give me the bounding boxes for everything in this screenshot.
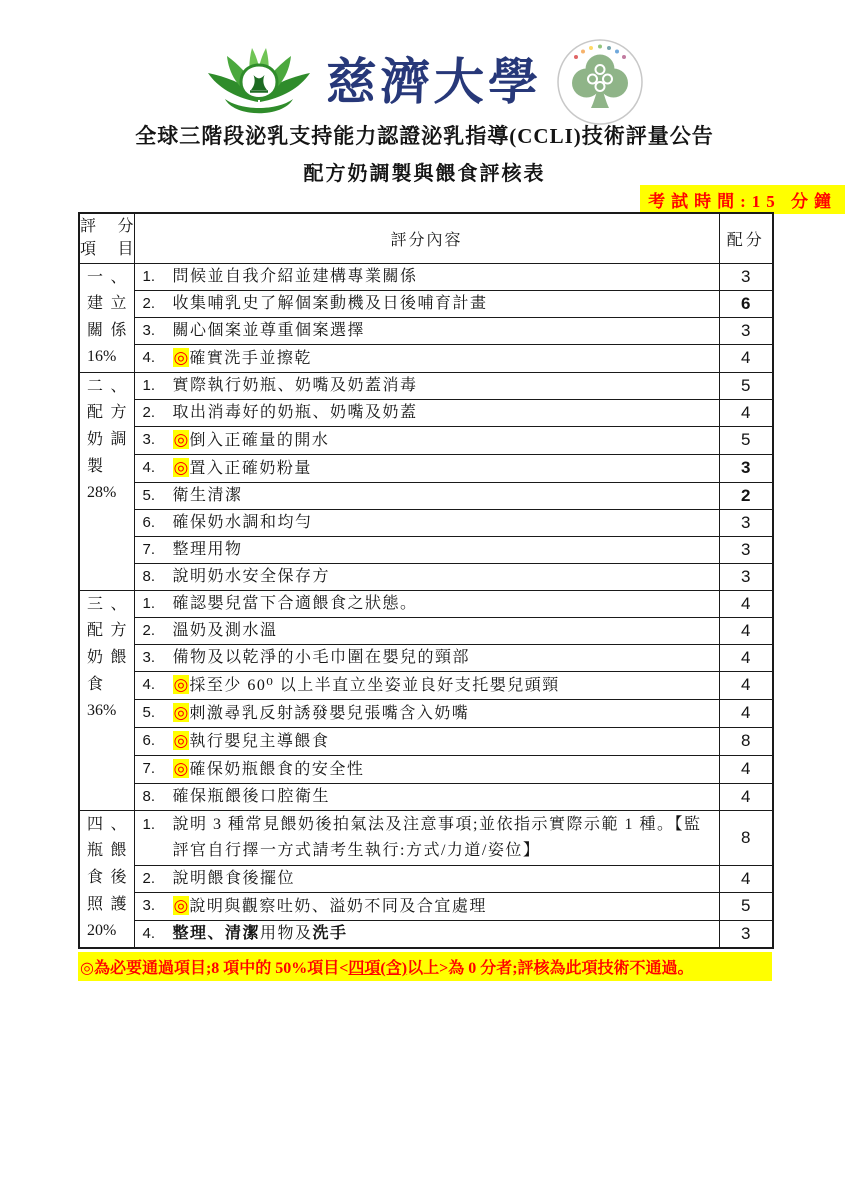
item-text: 實際執行奶瓶、奶嘴及奶蓋消毒 (173, 377, 418, 394)
table-row: 3. 關心個案並尊重個案選擇 3 (79, 317, 773, 344)
item-cell: 3. ◎說明與觀察吐奶、溢奶不同及合宜處理 (134, 892, 719, 920)
table-row: 3. 備物及以乾淨的小毛巾圍在嬰兒的頸部 4 (79, 644, 773, 671)
item-number: 1. (143, 373, 173, 399)
item-number: 6. (143, 728, 173, 754)
table-row: 二、 配方 奶調 製 28% 1. 實際執行奶瓶、奶嘴及奶蓋消毒 5 (79, 372, 773, 399)
table-row: 8. 說明奶水安全保存方 3 (79, 563, 773, 590)
table-row: 4. ◎採至少 60⁰ 以上半直立坐姿並良好支托嬰兒頭頸 4 (79, 671, 773, 699)
item-number: 8. (143, 564, 173, 590)
university-wordmark: 慈濟大學 (325, 57, 543, 107)
item-score: 5 (719, 426, 773, 454)
item-cell: 2. 收集哺乳史了解個案動機及日後哺育計畫 (134, 290, 719, 317)
item-number: 3. (143, 645, 173, 671)
item-score: 4 (719, 399, 773, 426)
item-cell: 5. ◎刺激尋乳反射誘發嬰兒張嘴含入奶嘴 (134, 699, 719, 727)
table-header-row: 評分 項目 評分內容 配分 (79, 213, 773, 263)
item-score: 4 (719, 344, 773, 372)
item-text: 確保奶瓶餵食的安全性 (189, 761, 364, 778)
item-cell: 5. 衛生清潔 (134, 482, 719, 509)
item-number: 1. (143, 591, 173, 617)
item-score: 4 (719, 755, 773, 783)
item-number: 5. (143, 700, 173, 726)
item-text: 說明餵食後擺位 (173, 870, 296, 887)
table-row: 2. 收集哺乳史了解個案動機及日後哺育計畫 6 (79, 290, 773, 317)
score-table: 評分 項目 評分內容 配分 一、 建立 關係 16% (78, 212, 774, 949)
item-score: 3 (719, 317, 773, 344)
footnote-text: ◎為必要通過項目;8 項中的 50%項目< (80, 960, 348, 977)
section-3-label: 三、 配方 奶餵 食 36% (79, 590, 134, 810)
item-number: 1. (143, 812, 173, 838)
item-number: 2. (143, 400, 173, 426)
item-cell: 4. ◎採至少 60⁰ 以上半直立坐姿並良好支托嬰兒頭頸 (134, 671, 719, 699)
table-row: 6. 確保奶水調和均勻 3 (79, 509, 773, 536)
item-text: 備物及以乾淨的小毛巾圍在嬰兒的頸部 (173, 649, 471, 666)
item-text: 確保瓶餵後口腔衛生 (173, 788, 331, 805)
item-cell: 6. ◎執行嬰兒主導餵食 (134, 727, 719, 755)
document-header: 慈濟大學 (0, 38, 849, 126)
item-cell: 1. 說明 3 種常見餵奶後拍氣法及注意事項;並依指示實際示範 1 種。【監評官… (134, 810, 719, 865)
item-score: 4 (719, 865, 773, 892)
item-score: 5 (719, 892, 773, 920)
required-marker-icon: ◎ (173, 458, 190, 477)
item-text: 說明與觀察吐奶、溢奶不同及合宜處理 (189, 898, 487, 915)
table-row: 4. ◎確實洗手並擦乾 4 (79, 344, 773, 372)
item-score: 4 (719, 699, 773, 727)
item-score: 4 (719, 783, 773, 810)
item-cell: 2. 取出消毒好的奶瓶、奶嘴及奶蓋 (134, 399, 719, 426)
item-cell: 2. 說明餵食後擺位 (134, 865, 719, 892)
item-score: 3 (719, 509, 773, 536)
required-marker-icon: ◎ (173, 896, 190, 915)
footnote: ◎為必要通過項目;8 項中的 50%項目<四項(含)以上>為 0 分者;評核為此… (78, 952, 772, 981)
item-text: 取出消毒好的奶瓶、奶嘴及奶蓋 (173, 404, 418, 421)
item-text-bold: 整理、清潔 (173, 925, 261, 942)
item-score: 8 (719, 810, 773, 865)
item-text: 關心個案並尊重個案選擇 (173, 322, 366, 339)
table-row: 5. ◎刺激尋乳反射誘發嬰兒張嘴含入奶嘴 4 (79, 699, 773, 727)
item-cell: 2. 溫奶及測水溫 (134, 617, 719, 644)
score-table-wrap: 評分 項目 評分內容 配分 一、 建立 關係 16% (78, 212, 772, 981)
required-marker-icon: ◎ (173, 675, 190, 694)
table-row: 3. ◎說明與觀察吐奶、溢奶不同及合宜處理 5 (79, 892, 773, 920)
document-subtitle: 配方奶調製與餵食評核表 (0, 157, 849, 186)
item-number: 6. (143, 510, 173, 536)
item-cell: 4. 整理、清潔用物及洗手 (134, 920, 719, 948)
item-cell: 3. 備物及以乾淨的小毛巾圍在嬰兒的頸部 (134, 644, 719, 671)
table-row: 一、 建立 關係 16% 1. 問候並自我介紹並建構專業關係 3 (79, 263, 773, 290)
item-number: 1. (143, 264, 173, 290)
table-row: 4. ◎置入正確奶粉量 3 (79, 454, 773, 482)
item-number: 4. (143, 345, 173, 371)
header-score-column: 配分 (719, 213, 773, 263)
table-row: 5. 衛生清潔 2 (79, 482, 773, 509)
item-cell: 8. 說明奶水安全保存方 (134, 563, 719, 590)
item-cell: 1. 問候並自我介紹並建構專業關係 (134, 263, 719, 290)
exam-time-banner: 考試時間:15 分鐘 (640, 185, 845, 214)
item-cell: 3. 關心個案並尊重個案選擇 (134, 317, 719, 344)
item-text: 用物及 (260, 925, 313, 942)
table-row: 四、 瓶餵 食後 照護 20% 1. 說明 3 種常見餵奶後拍氣法及注意事項;並… (79, 810, 773, 865)
item-text: 刺激尋乳反射誘發嬰兒張嘴含入奶嘴 (189, 705, 469, 722)
item-text: 衛生清潔 (173, 487, 243, 504)
required-marker-icon: ◎ (173, 430, 190, 449)
item-number: 4. (143, 672, 173, 698)
item-cell: 4. ◎確實洗手並擦乾 (134, 344, 719, 372)
ccli-badge-logo (556, 38, 644, 126)
table-row: 4. 整理、清潔用物及洗手 3 (79, 920, 773, 948)
header-content-column: 評分內容 (134, 213, 719, 263)
item-text: 收集哺乳史了解個案動機及日後哺育計畫 (173, 295, 488, 312)
item-number: 4. (143, 921, 173, 947)
document-page: 慈濟大學 (0, 0, 849, 1200)
table-row: 7. ◎確保奶瓶餵食的安全性 4 (79, 755, 773, 783)
table-row: 3. ◎倒入正確量的開水 5 (79, 426, 773, 454)
required-marker-icon: ◎ (173, 731, 190, 750)
item-text-bold: 洗手 (313, 925, 348, 942)
item-score: 4 (719, 644, 773, 671)
item-score: 3 (719, 563, 773, 590)
item-number: 2. (143, 291, 173, 317)
item-text: 倒入正確量的開水 (189, 432, 329, 449)
document-title: 全球三階段泌乳支持能力認證泌乳指導(CCLI)技術評量公告 (0, 120, 849, 150)
required-marker-icon: ◎ (173, 348, 190, 367)
item-number: 3. (143, 427, 173, 453)
item-score: 8 (719, 727, 773, 755)
item-score: 3 (719, 263, 773, 290)
item-text: 說明 3 種常見餵奶後拍氣法及注意事項;並依指示實際示範 1 種。【監評官自行擇… (173, 816, 702, 859)
item-cell: 3. ◎倒入正確量的開水 (134, 426, 719, 454)
table-row: 三、 配方 奶餵 食 36% 1. 確認嬰兒當下合適餵食之狀態。 4 (79, 590, 773, 617)
section-2-label: 二、 配方 奶調 製 28% (79, 372, 134, 590)
table-row: 2. 溫奶及測水溫 4 (79, 617, 773, 644)
item-number: 3. (143, 318, 173, 344)
item-cell: 7. ◎確保奶瓶餵食的安全性 (134, 755, 719, 783)
table-row: 2. 取出消毒好的奶瓶、奶嘴及奶蓋 4 (79, 399, 773, 426)
table-row: 6. ◎執行嬰兒主導餵食 8 (79, 727, 773, 755)
item-score: 3 (719, 920, 773, 948)
item-text: 整理用物 (173, 541, 243, 558)
item-number: 7. (143, 537, 173, 563)
item-number: 2. (143, 866, 173, 892)
footnote-text: 以上>為 0 分者;評核為此項技術不通過。 (407, 960, 693, 977)
item-text: 說明奶水安全保存方 (173, 568, 331, 585)
item-text: 溫奶及測水溫 (173, 622, 278, 639)
item-text: 確認嬰兒當下合適餵食之狀態。 (173, 595, 418, 612)
item-number: 8. (143, 784, 173, 810)
item-number: 4. (143, 455, 173, 481)
item-text: 置入正確奶粉量 (189, 460, 312, 477)
item-number: 3. (143, 893, 173, 919)
item-cell: 6. 確保奶水調和均勻 (134, 509, 719, 536)
table-row: 2. 說明餵食後擺位 4 (79, 865, 773, 892)
item-text: 問候並自我介紹並建構專業關係 (173, 268, 418, 285)
item-number: 2. (143, 618, 173, 644)
footnote-underlined-text: 四項(含) (348, 960, 407, 977)
item-text: 確實洗手並擦乾 (189, 350, 312, 367)
item-score: 4 (719, 617, 773, 644)
item-score: 2 (719, 482, 773, 509)
item-cell: 1. 確認嬰兒當下合適餵食之狀態。 (134, 590, 719, 617)
table-row: 7. 整理用物 3 (79, 536, 773, 563)
item-score: 4 (719, 671, 773, 699)
section-1-label: 一、 建立 關係 16% (79, 263, 134, 372)
item-score: 3 (719, 454, 773, 482)
table-row: 8. 確保瓶餵後口腔衛生 4 (79, 783, 773, 810)
item-number: 7. (143, 756, 173, 782)
item-cell: 4. ◎置入正確奶粉量 (134, 454, 719, 482)
item-text: 執行嬰兒主導餵食 (189, 733, 329, 750)
header-item-column: 評分 項目 (79, 213, 134, 263)
section-4-label: 四、 瓶餵 食後 照護 20% (79, 810, 134, 948)
item-cell: 1. 實際執行奶瓶、奶嘴及奶蓋消毒 (134, 372, 719, 399)
item-score: 4 (719, 590, 773, 617)
required-marker-icon: ◎ (173, 703, 190, 722)
item-cell: 8. 確保瓶餵後口腔衛生 (134, 783, 719, 810)
item-score: 3 (719, 536, 773, 563)
item-cell: 7. 整理用物 (134, 536, 719, 563)
required-marker-icon: ◎ (173, 759, 190, 778)
item-number: 5. (143, 483, 173, 509)
item-text: 確保奶水調和均勻 (173, 514, 313, 531)
item-score: 5 (719, 372, 773, 399)
item-text: 採至少 60⁰ 以上半直立坐姿並良好支托嬰兒頭頸 (189, 677, 559, 694)
tzu-chi-lotus-logo (206, 40, 312, 124)
item-score: 6 (719, 290, 773, 317)
